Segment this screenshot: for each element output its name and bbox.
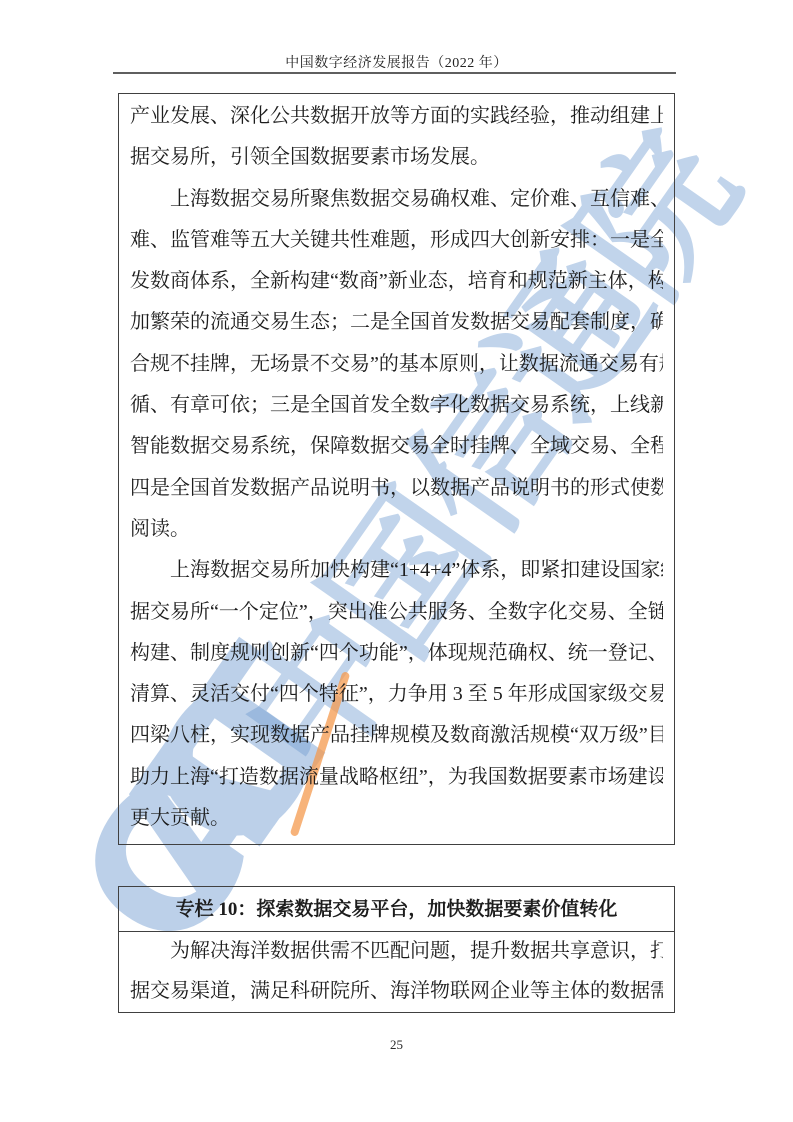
body-text-box: 产业发展、深化公共数据开放等方面的实践经验，推动组建上海数据交易所，引领全国数据… [118, 93, 675, 845]
text-line: 构建、制度规则创新“四个功能”，体现规范确权、统一登记、集中 [130, 633, 663, 674]
text-line: 发数商体系，全新构建“数商”新业态，培育和规范新主体，构筑更 [130, 261, 663, 302]
text-line: 助力上海“打造数据流量战略枢纽”，为我国数据要素市场建设做出 [130, 757, 663, 798]
text-line: 清算、灵活交付“四个特征”，力争用 3 至 5 年形成国家级交易所的 [130, 674, 663, 715]
text-line: 四梁八柱，实现数据产品挂牌规模及数商激活规模“双万级”目标， [130, 715, 663, 756]
text-line: 加繁荣的流通交易生态；二是全国首发数据交易配套制度，确立“不 [130, 302, 663, 343]
text-line: 阅读。 [130, 509, 663, 550]
header-divider [113, 72, 676, 74]
text-line: 上海数据交易所加快构建“1+4+4”体系，即紧扣建设国家级数 [130, 550, 663, 591]
callout-box-body: 为解决海洋数据供需不匹配问题，提升数据共享意识，打通数据交易渠道，满足科研院所、… [119, 932, 674, 1011]
text-line: 难、监管难等五大关键共性难题，形成四大创新安排：一是全国首 [130, 220, 663, 261]
callout-box-title: 专栏 10：探索数据交易平台，加快数据要素价值转化 [119, 887, 674, 932]
text-line: 智能数据交易系统，保障数据交易全时挂牌、全域交易、全程可溯； [130, 426, 663, 467]
text-line: 为解决海洋数据供需不匹配问题，提升数据共享意识，打通数 [130, 932, 663, 972]
text-line: 据交易渠道，满足科研院所、海洋物联网企业等主体的数据需求， [130, 972, 663, 1012]
text-line: 更大贡献。 [130, 798, 663, 839]
text-line: 循、有章可依；三是全国首发全数字化数据交易系统，上线新一代 [130, 385, 663, 426]
running-header-title: 中国数字经济发展报告（2022 年） [0, 52, 793, 72]
text-line: 合规不挂牌，无场景不交易”的基本原则，让数据流通交易有规可 [130, 344, 663, 385]
document-page: CAICT 中国信通院 中国数字经济发展报告（2022 年） 产业发展、深化公共… [0, 0, 793, 1122]
text-line: 产业发展、深化公共数据开放等方面的实践经验，推动组建上海数 [130, 96, 663, 137]
text-line: 上海数据交易所聚焦数据交易确权难、定价难、互信难、入场 [130, 179, 663, 220]
callout-box: 专栏 10：探索数据交易平台，加快数据要素价值转化 为解决海洋数据供需不匹配问题… [118, 886, 675, 1013]
text-line: 据交易所，引领全国数据要素市场发展。 [130, 137, 663, 178]
text-line: 据交易所“一个定位”，突出准公共服务、全数字化交易、全链生态 [130, 592, 663, 633]
page-number: 25 [0, 1037, 793, 1053]
text-line: 四是全国首发数据产品说明书，以数据产品说明书的形式使数据可 [130, 468, 663, 509]
